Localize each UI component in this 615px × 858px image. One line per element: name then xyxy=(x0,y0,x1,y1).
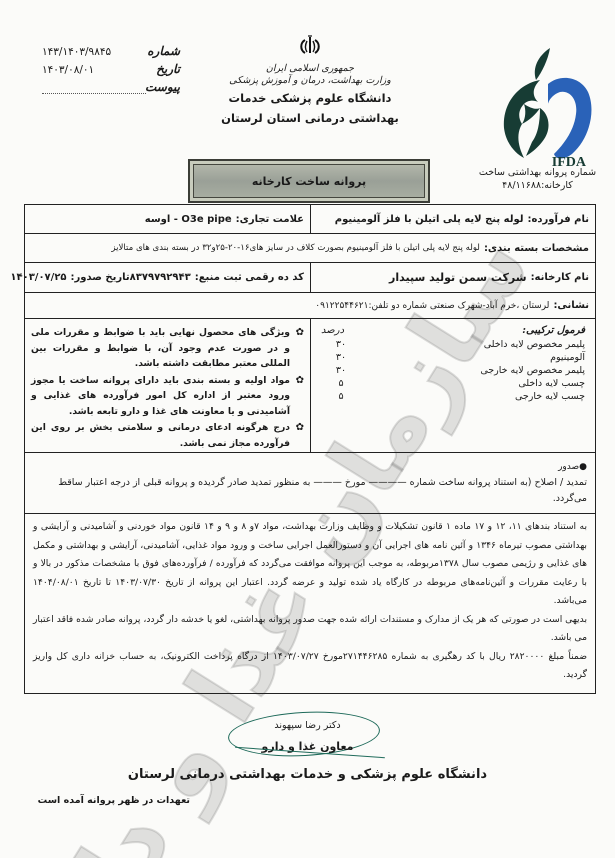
address-value: لرستان ،خرم آباد-شهرک صنعتی شماره دو تلف… xyxy=(315,301,549,311)
formula-item-name: چسب لایه داخلی xyxy=(518,377,585,390)
formula-item-name: چسب لایه خارجی xyxy=(515,390,585,403)
formula-item-name: پلیمر مخصوص لایه خارجی xyxy=(480,364,585,377)
legal-paragraph: بدیهی است در صورتی که هر یک از مدارک و م… xyxy=(33,611,587,648)
ifda-logo-icon: IFDA xyxy=(488,38,600,168)
factory-name-value: شرکت سمن تولید سپیدار xyxy=(389,271,527,284)
note-item: ✿ مواد اولیه و بسته بندی باید دارای پروا… xyxy=(31,373,304,420)
formula-title: فرمول ترکیبی: xyxy=(522,325,585,336)
issue-date-label: تاریخ صدور: xyxy=(71,272,130,283)
footer-note: تعهدات در ظهر پروانه آمده است xyxy=(20,795,190,806)
reference-date-value: ۱۴۰۳/۰۸/۰۱ xyxy=(40,64,146,76)
issuance-text: تمدید / اصلاح (به استناد پروانه ساخت شما… xyxy=(33,475,587,507)
notes-cell: ✿ ویژگی های محصول نهایی باید با ضوابط و … xyxy=(25,319,310,452)
letterhead-center: جمهوری اسلامی ایران وزارت بهداشت، درمان … xyxy=(200,35,420,125)
row-address: نشانی: لرستان ،خرم آباد-شهرک صنعتی شماره… xyxy=(25,293,595,319)
reference-attachment-label: پیوست xyxy=(146,80,180,94)
row-legal: به استناد بندهای ۱۱، ۱۲ و ۱۷ ماده ۱ قانو… xyxy=(25,514,595,693)
row-formula-notes: فرمول ترکیبی: درصد پلیمر مخصوص لایه داخل… xyxy=(25,319,595,453)
packaging-cell: مشخصات بسته بندی: لوله پنج لایه پلی اتیل… xyxy=(25,234,595,262)
address-label: نشانی: xyxy=(553,300,589,311)
formula-item-percent: ۳۰ xyxy=(321,338,361,351)
reference-number-row: شماره ۱۴۳/۱۴۰۳/۹۸۴۵ xyxy=(40,40,180,58)
issue-date-value: ۱۴۰۳/۰۷/۲۵ xyxy=(10,272,66,283)
license-table: نام فرآورده: لوله پنج لایه پلی اتیلن با … xyxy=(24,204,596,694)
bullet-flower-icon: ✿ xyxy=(290,373,304,420)
iran-emblem-icon xyxy=(297,35,323,57)
bullet-flower-icon: ✿ xyxy=(290,325,304,372)
brand-label: علامت تجاری: xyxy=(236,214,304,225)
logo-caption-line2: کارخانه:۴۸/۱۱۶۸۸ xyxy=(470,179,605,192)
issuance-status: ●صدور xyxy=(33,459,587,475)
formula-item-percent: ۳۰ xyxy=(321,364,361,377)
logo-caption-line1: شماره پروانه بهداشتی ساخت xyxy=(470,166,605,179)
address-cell: نشانی: لرستان ،خرم آباد-شهرک صنعتی شماره… xyxy=(25,293,595,318)
formula-item-percent: ۳۰ xyxy=(321,351,361,364)
formula-item-name: پلیمر مخصوص لایه داخلی xyxy=(484,338,585,351)
note-item: ✿ ویژگی های محصول نهایی باید با ضوابط و … xyxy=(31,325,304,372)
document-title: پروانه ساخت کارخانه xyxy=(252,175,366,188)
formula-percent-header: درصد xyxy=(321,325,344,336)
reference-block: شماره ۱۴۳/۱۴۰۳/۹۸۴۵ تاریخ ۱۴۰۳/۰۸/۰۱ پیو… xyxy=(40,40,180,94)
brand-value: O3e pipe - اوسه xyxy=(145,214,232,225)
product-name-label: نام فرآورده: xyxy=(527,214,589,225)
formula-item: چسب لایه خارجی ۵ xyxy=(321,390,585,403)
republic-text: جمهوری اسلامی ایران xyxy=(200,63,420,75)
legal-cell: به استناد بندهای ۱۱، ۱۲ و ۱۷ ماده ۱ قانو… xyxy=(25,514,595,693)
logo-caption: شماره پروانه بهداشتی ساخت کارخانه:۴۸/۱۱۶… xyxy=(470,166,605,192)
issuance-cell: ●صدور تمدید / اصلاح (به استناد پروانه سا… xyxy=(25,453,595,513)
source-code-cell: کد ده رقمی ثبت منبع: ۸۳۷۹۷۹۲۹۴۳ تاریخ صد… xyxy=(25,263,310,292)
formula-item: آلومینیوم ۳۰ xyxy=(321,351,585,364)
reference-date-label: تاریخ xyxy=(146,62,180,76)
product-name-cell: نام فرآورده: لوله پنج لایه پلی اتیلن با … xyxy=(310,205,595,233)
signatory-name: دکتر رضا سپهوند xyxy=(200,720,415,731)
product-name-value: لوله پنج لایه پلی اتیلن با فلز آلومینیوم xyxy=(335,214,524,225)
bullet-flower-icon: ✿ xyxy=(290,420,304,451)
reference-attachment-row: پیوست xyxy=(40,76,180,94)
formula-item: پلیمر مخصوص لایه داخلی ۳۰ xyxy=(321,338,585,351)
factory-name-label: نام کارخانه: xyxy=(531,272,589,283)
note-text: درج هرگونه ادعای درمانی و سلامتی بخش بر … xyxy=(31,420,290,451)
ministry-text: وزارت بهداشت، درمان و آموزش پزشکی xyxy=(200,75,420,87)
legal-paragraph: ضمناً مبلغ ۲۸۲۰۰۰۰ ریال با کد رهگیری به … xyxy=(33,648,587,685)
packaging-label: مشخصات بسته بندی: xyxy=(484,243,589,254)
row-packaging: مشخصات بسته بندی: لوله پنج لایه پلی اتیل… xyxy=(25,234,595,263)
university-line1: دانشگاه علوم پزشکی خدمات xyxy=(200,91,420,105)
legal-paragraph: به استناد بندهای ۱۱، ۱۲ و ۱۷ ماده ۱ قانو… xyxy=(33,518,587,611)
row-issuance: ●صدور تمدید / اصلاح (به استناد پروانه سا… xyxy=(25,453,595,514)
formula-item-percent: ۵ xyxy=(321,390,361,403)
footer-organization: دانشگاه علوم پزشکی و خدمات بهداشتی درمان… xyxy=(100,767,515,782)
formula-item: چسب لایه داخلی ۵ xyxy=(321,377,585,390)
packaging-value: لوله پنج لایه پلی اتیلن با فلز آلومینیوم… xyxy=(111,243,480,253)
reference-number-label: شماره xyxy=(146,44,180,58)
row-factory: نام کارخانه: شرکت سمن تولید سپیدار کد ده… xyxy=(25,263,595,293)
reference-attachment-dots xyxy=(42,83,146,94)
formula-item-name: آلومینیوم xyxy=(550,351,585,364)
note-text: ویژگی های محصول نهایی باید با ضوابط و مق… xyxy=(31,325,290,372)
document-title-box: پروانه ساخت کارخانه xyxy=(188,159,430,203)
source-code-value: ۸۳۷۹۷۹۲۹۴۳ xyxy=(130,272,191,283)
reference-date-row: تاریخ ۱۴۰۳/۰۸/۰۱ xyxy=(40,58,180,76)
formula-header: فرمول ترکیبی: درصد xyxy=(321,325,585,336)
row-product: نام فرآورده: لوله پنج لایه پلی اتیلن با … xyxy=(25,205,595,234)
note-item: ✿ درج هرگونه ادعای درمانی و سلامتی بخش ب… xyxy=(31,420,304,451)
brand-cell: علامت تجاری: O3e pipe - اوسه xyxy=(25,205,310,233)
source-code-label: کد ده رقمی ثبت منبع: xyxy=(195,272,304,283)
reference-number-value: ۱۴۳/۱۴۰۳/۹۸۴۵ xyxy=(40,46,146,58)
formula-cell: فرمول ترکیبی: درصد پلیمر مخصوص لایه داخل… xyxy=(310,319,595,452)
factory-name-cell: نام کارخانه: شرکت سمن تولید سپیدار xyxy=(310,263,595,292)
note-text: مواد اولیه و بسته بندی باید دارای پروانه… xyxy=(31,373,290,420)
university-line2: بهداشتی درمانی استان لرستان xyxy=(200,111,420,125)
formula-item: پلیمر مخصوص لایه خارجی ۳۰ xyxy=(321,364,585,377)
formula-item-percent: ۵ xyxy=(321,377,361,390)
